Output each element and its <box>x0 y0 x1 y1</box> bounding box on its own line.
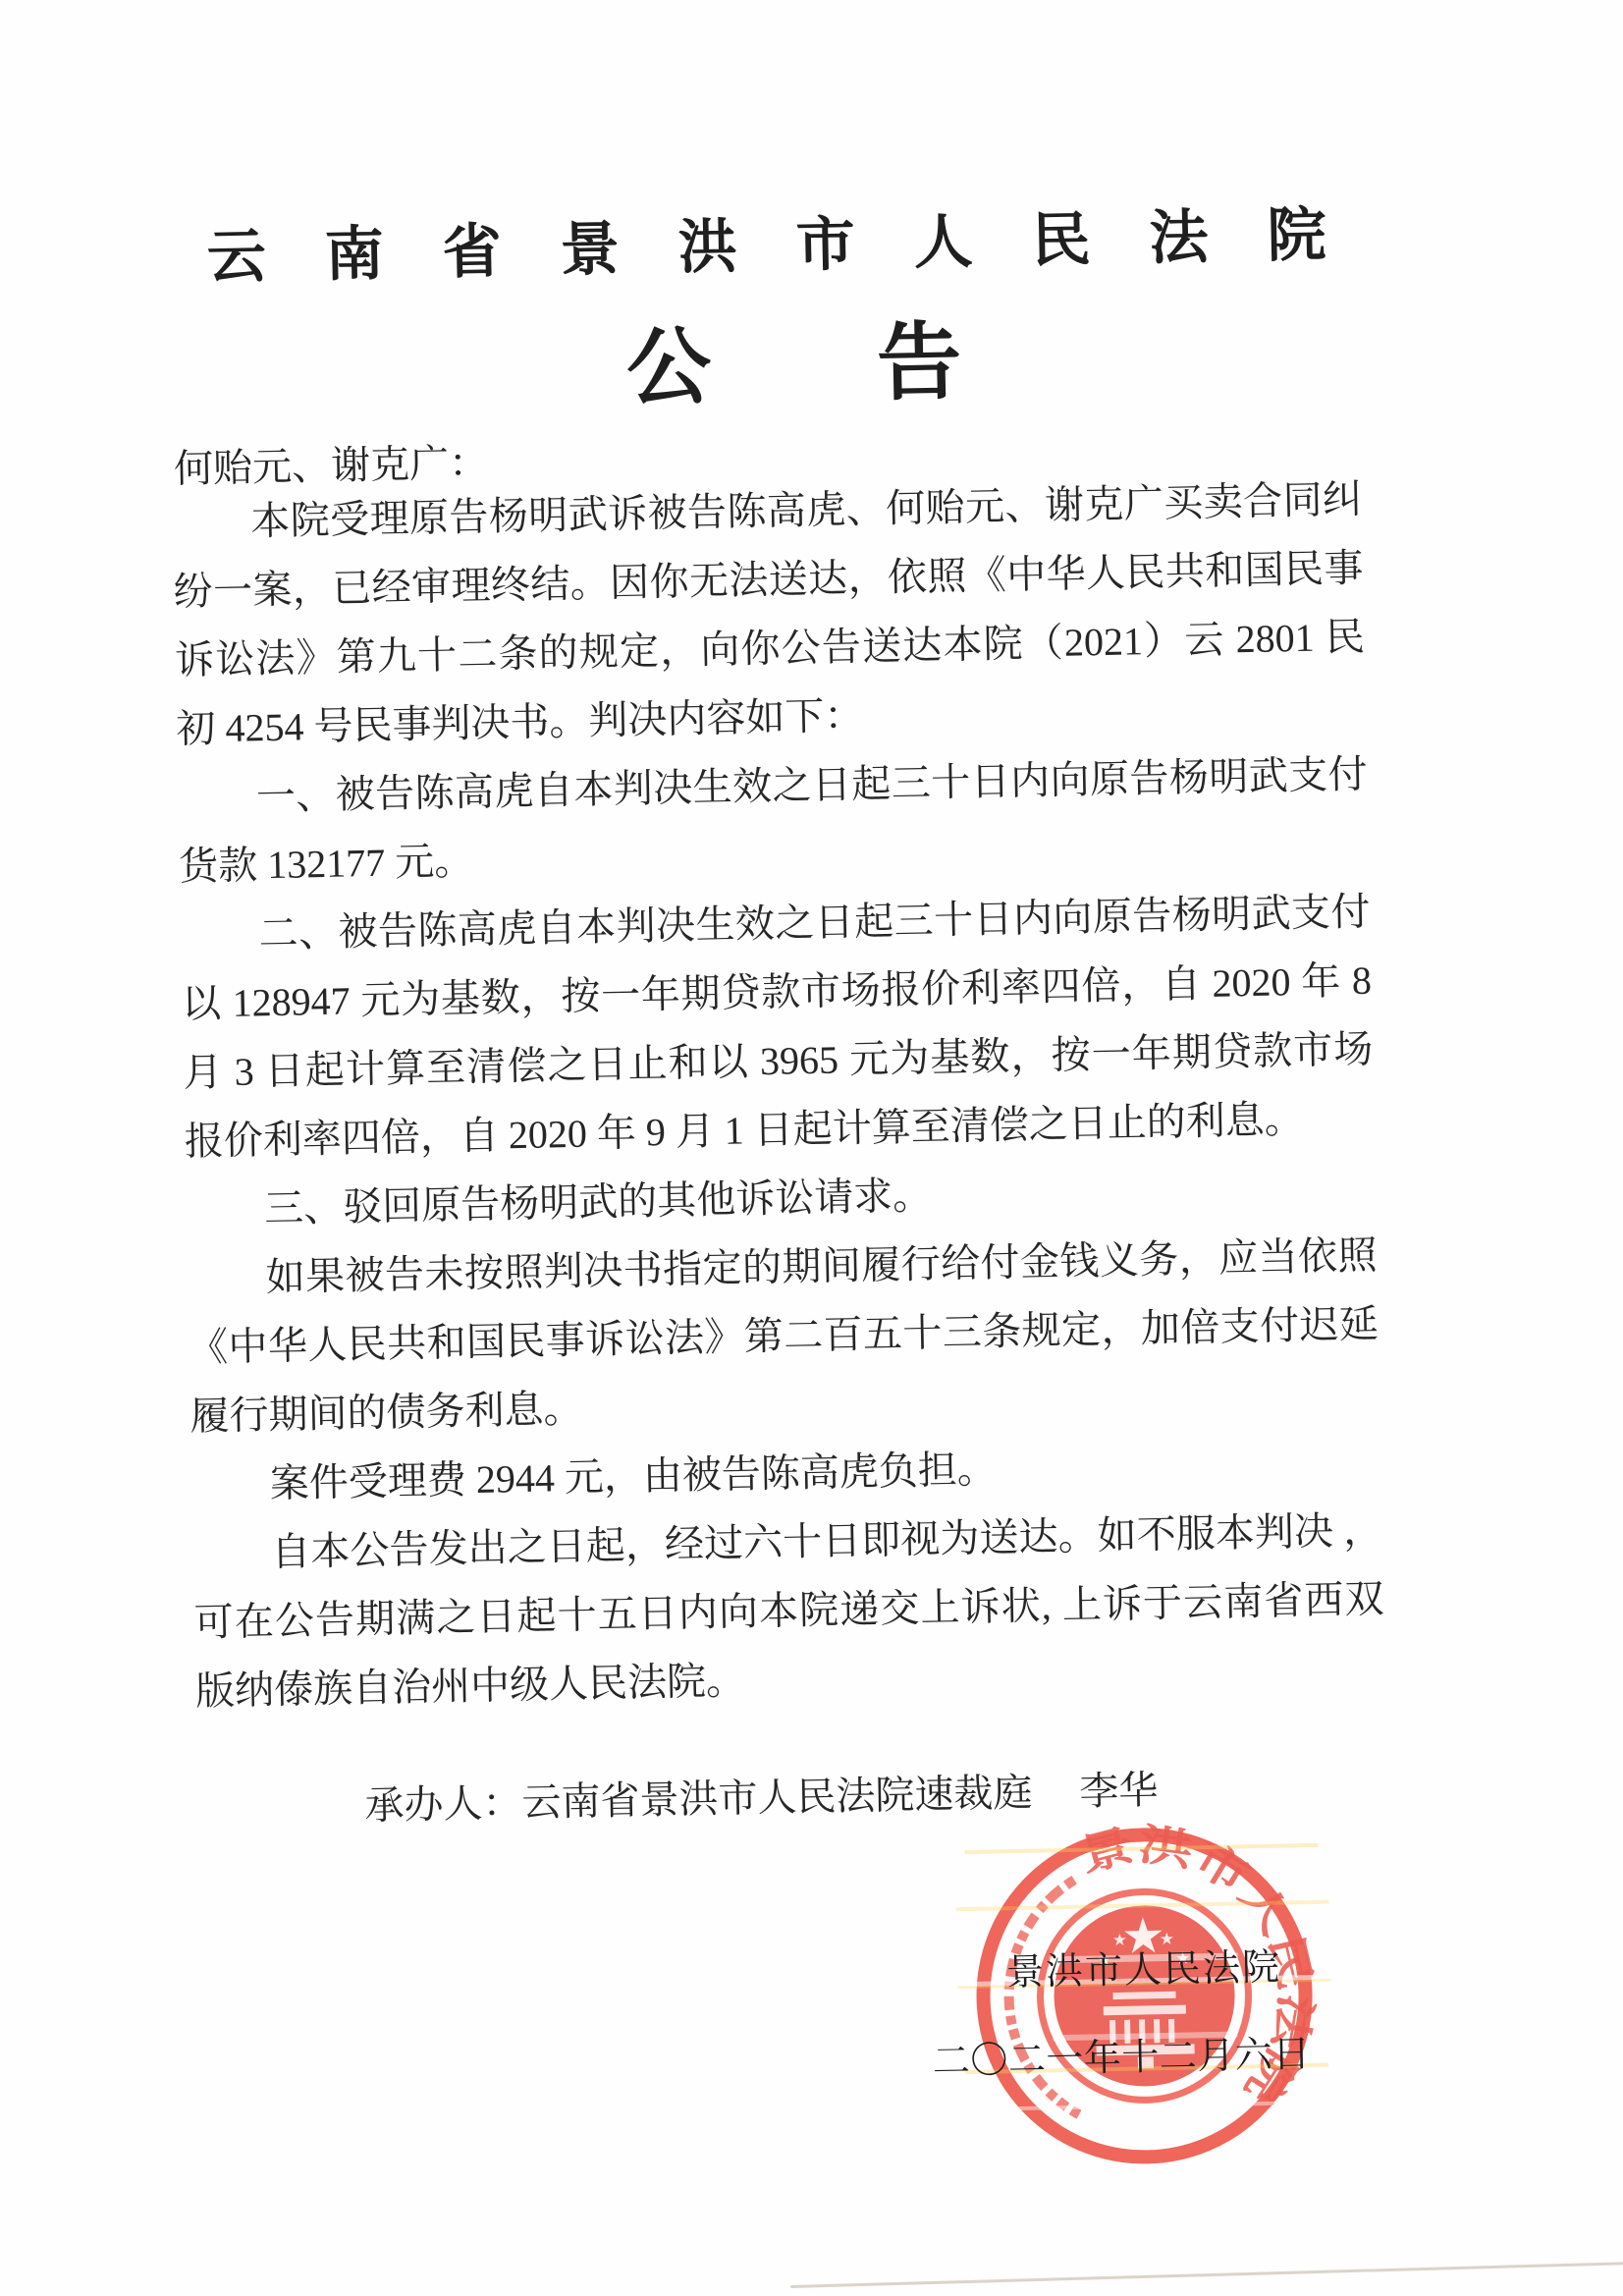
notice-title: 公告 <box>625 312 1128 414</box>
paragraph: 一、被告陈高虎自本判决生效之日起三十日内向原告杨明武支付货款 132177 元。 <box>177 740 1370 902</box>
court-title: 云南省景洪市人民法院 <box>206 201 1385 290</box>
scan-content: 云南省景洪市人民法院 公告 何贻元、谢克广： 本院受理原告杨明武诉被告陈高虎、何… <box>0 0 1623 2296</box>
paragraph: 本院受理原告杨明武诉被告陈高虎、何贻元、谢克广买卖合同纠纷一案，已经审理终结。因… <box>172 465 1367 764</box>
handler-label: 承办人：云南省景洪市人民法院速裁庭 <box>364 1771 1033 1829</box>
paragraph: 如果被告未按照判决书指定的期间履行给付金钱义务，应当依照《中华人民共和国民事诉讼… <box>187 1222 1380 1451</box>
seal-date: 二〇二一年十二月六日 <box>932 2031 1311 2086</box>
scanned-notice-page: 云南省景洪市人民法院 公告 何贻元、谢克广： 本院受理原告杨明武诉被告陈高虎、何… <box>0 0 1623 2296</box>
paragraph: 自本公告发出之日起，经过六十日即视为送达。如不服本判决 ，可在公告期满之日起十五… <box>192 1496 1386 1725</box>
paragraph: 二、被告陈高虎自本判决生效之日起三十日内向原告杨明武支付以 128947 元为基… <box>180 878 1375 1176</box>
seal-court-name: 景洪市人民法院 <box>1006 1944 1282 1997</box>
handler-name: 李华 <box>1079 1768 1159 1814</box>
notice-body: 本院受理原告杨明武诉被告陈高虎、何贻元、谢克广买卖合同纠纷一案，已经审理终结。因… <box>172 465 1386 1726</box>
